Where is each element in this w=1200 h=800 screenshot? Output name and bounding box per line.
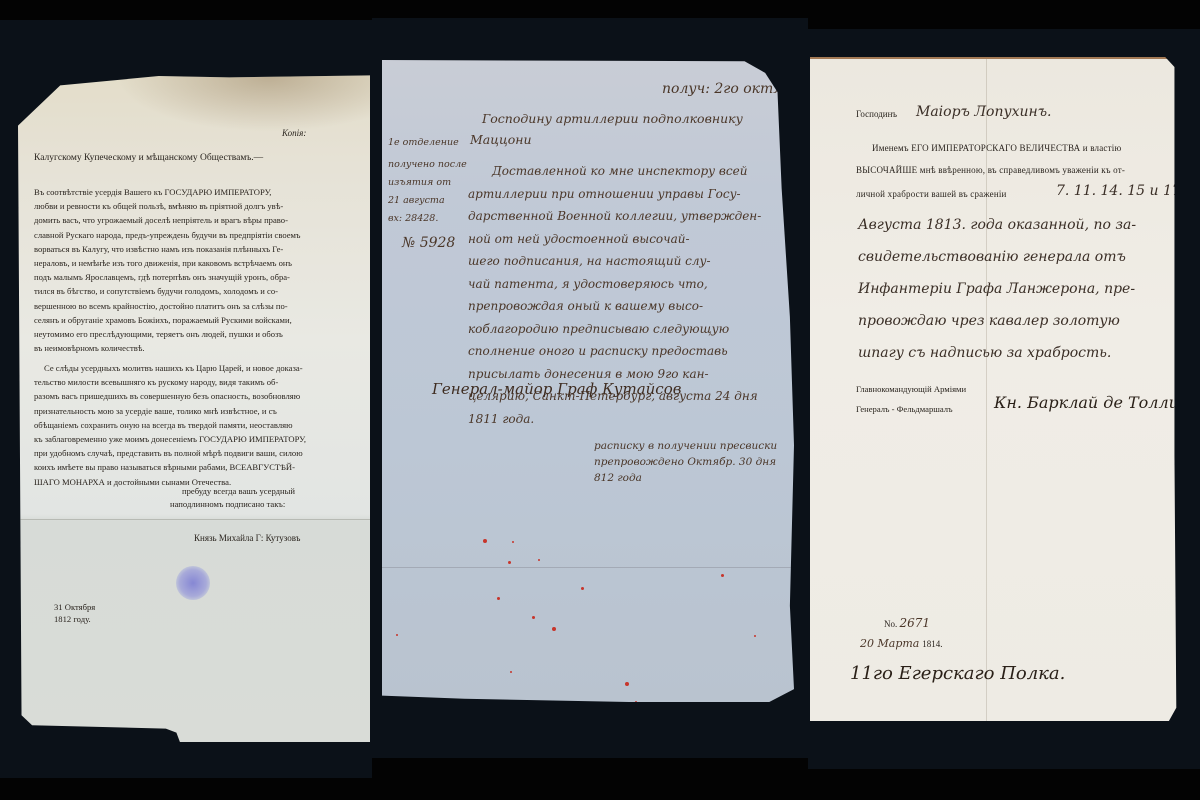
margin-notes: 1е отделение получено после изъятия от 2… (388, 134, 467, 252)
wax-speck (510, 671, 512, 673)
text-line: вх: 28428. (388, 210, 467, 228)
handwritten-letter-page: получ: 2го октября Господину артиллерии … (382, 60, 794, 702)
text-line: пребуду всегда вашъ усердный (170, 485, 295, 498)
body-printed-line-2: ВЫСОЧАЙШЕ мнѣ ввѣренною, въ справедливом… (856, 165, 1125, 175)
battle-dates: 7. 11. 14. 15 и 17. (1056, 183, 1185, 199)
body-paragraph-2: Се слѣды усердныхъ молитвъ нашихъ къ Цар… (34, 361, 306, 489)
text-line: Инфантеріи Графа Ланжерона, пре- (858, 273, 1136, 305)
title-field-marshal: Генералъ - Фельдмаршалъ (856, 404, 953, 414)
signature-kutuzov: Князь Михайла Г: Кутузовъ (194, 533, 300, 543)
receipt-note: расписку в получении пресвиски препровож… (594, 438, 777, 486)
paper-fold-line (382, 567, 794, 568)
text-line: расписку в получении пресвиски (594, 438, 777, 454)
text-line: ворваться въ Калугу, что извѣстно намъ и… (34, 242, 300, 256)
text-line: Се слѣды усердныхъ молитвъ нашихъ къ Цар… (34, 361, 306, 375)
text-line: 1811 года. (468, 408, 761, 431)
wax-speck (396, 634, 398, 636)
body-printed-line-1: Именемъ ЕГО ИМПЕРАТОРСКАГО ВЕЛИЧЕСТВА и … (872, 143, 1121, 153)
document-number: № 5928 (388, 234, 467, 252)
wax-speck (721, 574, 724, 577)
text-line: получено после (388, 156, 467, 174)
paper-fold-line (986, 59, 987, 721)
text-line: Августа 1813. года оказанной, по за- (858, 209, 1136, 241)
body-paragraph-1: Въ соотвѣтствіе усердія Вашего къ ГОСУДА… (34, 185, 300, 355)
wax-speck (497, 597, 500, 600)
date-year: 1814. (922, 639, 942, 649)
title-commander: Главнокомандующій Арміями (856, 384, 966, 394)
text-line: 812 года (594, 470, 777, 486)
text-line: коихъ имѣете вы право называться вѣрными… (34, 460, 306, 474)
award-certificate-page: Господинъ Маіоръ Лопухинъ. Именемъ ЕГО И… (810, 57, 1180, 721)
text-line: наподлинномъ подписано такъ: (170, 498, 295, 511)
text-line: вершенною во всемъ крайностію, достойно … (34, 299, 300, 313)
text-line: 1е отделение (388, 134, 467, 152)
copy-mark: Копія: (282, 128, 306, 138)
text-line: славной Рускаго народа, предъ-упреждень … (34, 228, 300, 242)
body-handwritten: Августа 1813. года оказанной, по за- сви… (858, 209, 1136, 369)
text-line: въ неимовѣрномъ количествѣ. (34, 341, 300, 355)
text-line: провождаю чрез кавалер золотую (858, 305, 1136, 337)
text-line: артиллерии при отношении управы Госу- (468, 183, 761, 206)
wax-speck (635, 701, 637, 703)
text-line: Доставленной ко мне инспектору всей (468, 160, 761, 183)
text-line: подъ малымъ Ярославцемъ, гдѣ потерпѣвъ о… (34, 270, 300, 284)
text-line: нераловъ, и немѣнѣе изъ того движенія, п… (34, 256, 300, 270)
text-line: къ заблаговременно уже моимъ донесеніемъ… (34, 432, 306, 446)
regiment-name: 11го Егерскаго Полка. (850, 663, 1065, 684)
wax-speck (538, 559, 540, 561)
signature-kutaisov: Генерал-майор Граф Кутайсов (432, 380, 681, 398)
salutation-name: Маіоръ Лопухинъ. (916, 104, 1052, 120)
document-date: 31 Октября 1812 году. (54, 601, 95, 625)
wax-speck (754, 635, 756, 637)
text-line: обѣщаніемъ сохранить оную на всегда въ т… (34, 418, 306, 432)
body-printed-line-3: личной храбрости вашей въ сраженіи (856, 189, 1007, 199)
salutation-printed: Господинъ (856, 109, 897, 119)
text-line: 31 Октября (54, 601, 95, 613)
text-line: разомъ васъ пришедшихъ въ совершенную бе… (34, 389, 306, 403)
received-note: получ: 2го октября (662, 81, 808, 97)
text-line: 1812 году. (54, 613, 95, 625)
text-line: чай патента, я удостоверяюсь что, (468, 273, 761, 296)
document-panel-1: Копія: Калугскому Купеческому и мѣщанско… (0, 20, 372, 778)
paper-fold-line (18, 519, 370, 520)
value: 2671 (900, 616, 931, 630)
text-line: домить васъ, что угрожаемый доселѣ непрі… (34, 213, 300, 227)
text-line: шего подписания, на настоящий слу- (468, 250, 761, 273)
number-label: No. 2671 (884, 616, 930, 630)
ink-stamp-seal (176, 566, 210, 600)
text-line: признательность мою за усердіе ваше, тол… (34, 404, 306, 418)
text-line: коблагородию предписываю следующую (468, 318, 761, 341)
text-line: селянъ и обруганіе храмовъ Божіихъ, пора… (34, 313, 300, 327)
wax-speck (625, 682, 629, 686)
text-line: дарственной Военной коллегии, утвержден- (468, 205, 761, 228)
text-line: свидетельствованію генерала отъ (858, 241, 1136, 273)
text-line: любви и ревности къ общей пользѣ, вмѣняю… (34, 199, 300, 213)
date-handwritten: 20 Марта (860, 637, 919, 650)
text-line: Въ соотвѣтствіе усердія Вашего къ ГОСУДА… (34, 185, 300, 199)
wax-speck (581, 587, 584, 590)
text-line: 21 августа (388, 192, 467, 210)
wax-speck (483, 539, 487, 543)
text-line: ной от ней удостоенной высочай- (468, 228, 761, 251)
text-line: препровождено Октябр. 30 дня (594, 454, 777, 470)
text-line: тельство милости всевышняго къ рускому н… (34, 375, 306, 389)
closing-lines: пребуду всегда вашъ усердный наподлинном… (170, 485, 295, 511)
text-line: при удобномъ случаѣ, представить въ полн… (34, 446, 306, 460)
text-line: шпагу съ надписью за храбрость. (858, 337, 1136, 369)
wax-speck (508, 561, 511, 564)
text-line: неутомимо его преслѣдующими, теряетъ онъ… (34, 327, 300, 341)
text-line: тился въ бѣгство, и сопутствіемъ будучи … (34, 284, 300, 298)
addressee-line-2: Маццони (470, 132, 532, 147)
printed-proclamation-page: Копія: Калугскому Купеческому и мѣщанско… (18, 72, 370, 742)
water-stain (117, 72, 370, 132)
text-line: препровождая оный к вашему высо- (468, 295, 761, 318)
text-line: изъятия от (388, 174, 467, 192)
wax-speck (512, 541, 514, 543)
wax-speck (532, 616, 535, 619)
wax-speck (552, 627, 556, 631)
addressee-line-1: Господину артиллерии подполковнику (482, 111, 743, 126)
text-line: сполнение оного и расписку предоставь (468, 340, 761, 363)
signature-barclay: Кн. Барклай де Толли (994, 393, 1179, 412)
issue-date: 20 Марта 1814. (860, 637, 942, 650)
label: No. (884, 619, 897, 629)
addressee: Калугскому Купеческому и мѣщанскому Обще… (34, 153, 263, 163)
document-panel-2: получ: 2го октября Господину артиллерии … (372, 18, 808, 758)
document-panel-3: Господинъ Маіоръ Лопухинъ. Именемъ ЕГО И… (808, 29, 1200, 769)
